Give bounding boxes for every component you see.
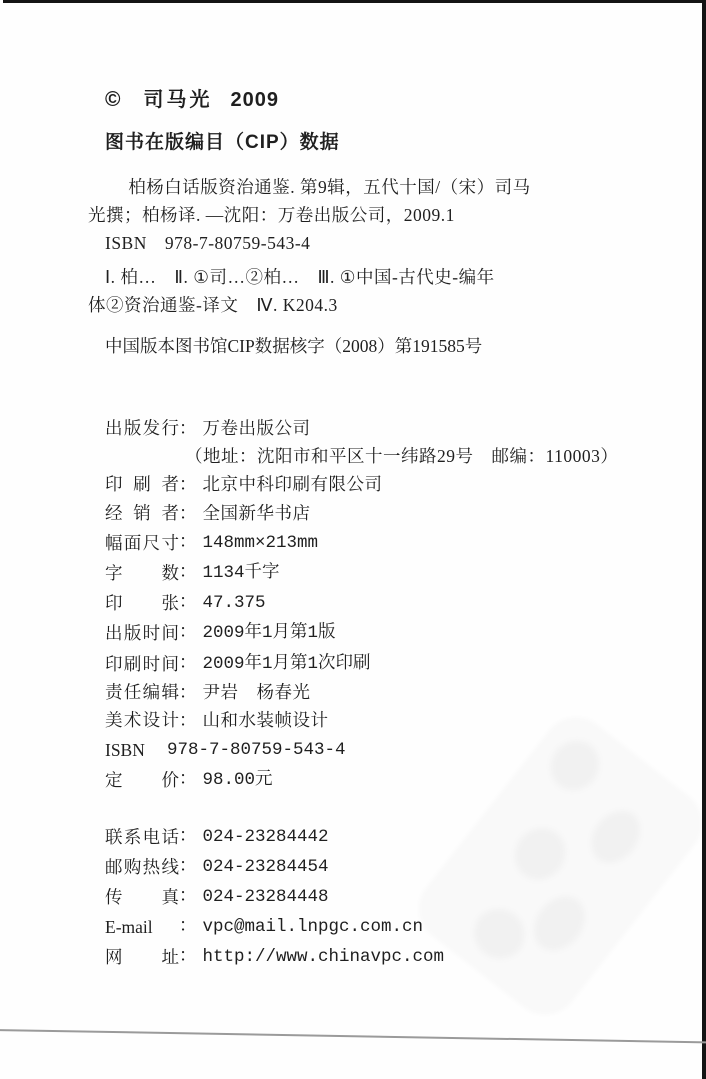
row-value: 北京中科印刷有限公司 [203,474,383,494]
row-value: 2009年1月第1版 [203,623,336,643]
cip-heading: 图书在版编目（CIP）数据 [105,131,625,155]
cip-classification-line1: Ⅰ. 柏… Ⅱ. ①司…②柏… Ⅲ. ①中国-古代史-编年 [105,263,625,291]
contact-row-mail-order: 邮购热线：024-23284454 [105,851,625,881]
publication-row-dimensions: 幅面尺寸：148mm×213mm [105,527,625,557]
copyright-holder: 司马光 [143,89,212,111]
row-value: 尹岩 杨春光 [203,682,311,702]
row-value: 1134千字 [203,563,280,583]
copyright-line: ©司马光2009 [105,88,625,112]
cip-description: 柏杨白话版资治通鉴. 第9辑，五代十国/（宋）司马 光撰；柏杨译. —沈阳：万卷… [105,173,625,319]
row-value: 024-23284448 [203,887,329,907]
cip-description-line2: 光撰；柏杨译. —沈阳：万卷出版公司，2009.1 [88,201,625,229]
publication-row-address: （地址：沈阳市和平区十一纬路29号 邮编：110003） [105,442,625,470]
row-value: （地址：沈阳市和平区十一纬路29号 邮编：110003） [185,446,618,466]
publication-row-edition-date: 出版时间：2009年1月第1版 [105,617,625,647]
contact-row-website: 网址：http://www.chinavpc.com [105,941,625,971]
row-value: vpc@mail.lnpgc.com.cn [203,917,424,937]
page-content: ©司马光2009 图书在版编目（CIP）数据 柏杨白话版资治通鉴. 第9辑，五代… [105,88,625,972]
row-label: 定价 [105,766,179,794]
row-value: 47.375 [203,593,266,613]
row-value: 全国新华书店 [203,503,311,523]
publication-row-publisher: 出版发行：万卷出版公司 [105,414,625,442]
contact-row-email: E-mail：vpc@mail.lnpgc.com.cn [105,911,625,941]
row-label: 经销者 [105,499,179,527]
row-value: 024-23284454 [203,857,329,877]
publication-row-isbn: ISBN978-7-80759-543-4 [105,734,625,764]
copyright-year: 2009 [230,89,279,111]
contact-row-phone: 联系电话：024-23284442 [105,821,625,851]
publication-row-print-date: 印刷时间：2009年1月第1次印刷 [105,648,625,678]
publication-row-distributor: 经销者：全国新华书店 [105,499,625,527]
row-label: 邮购热线 [105,853,179,881]
row-value: 2009年1月第1次印刷 [203,654,371,674]
row-label: 幅面尺寸 [105,529,179,557]
row-label: ISBN [105,736,161,764]
row-label: 美术设计 [105,706,179,734]
publication-row-word-count: 字数：1134千字 [105,557,625,587]
cip-description-line1: 柏杨白话版资治通鉴. 第9辑，五代十国/（宋）司马 [88,173,625,201]
row-value: 978-7-80759-543-4 [167,740,346,760]
cip-classification-line2: 体②资治通鉴-译文 Ⅳ. K204.3 [88,291,625,319]
scan-page-bottom-edge [0,1029,706,1043]
row-value: 148mm×213mm [203,533,319,553]
contact-row-fax: 传真：024-23284448 [105,881,625,911]
row-label: 字数 [105,559,179,587]
scan-edge-right [702,0,706,1079]
publication-row-price: 定价：98.00元 [105,764,625,794]
cip-isbn-line: ISBN 978-7-80759-543-4 [105,229,625,257]
row-value: 024-23284442 [203,827,329,847]
contact-info-block: 联系电话：024-23284442 邮购热线：024-23284454 传真：0… [105,821,625,972]
row-value: 山和水装帧设计 [203,710,329,730]
scanned-copyright-page: ©司马光2009 图书在版编目（CIP）数据 柏杨白话版资治通鉴. 第9辑，五代… [0,0,706,1079]
copyright-icon: © [105,88,121,111]
publication-info-block: 出版发行：万卷出版公司 （地址：沈阳市和平区十一纬路29号 邮编：110003）… [105,414,625,795]
publication-row-art-design: 美术设计：山和水装帧设计 [105,706,625,734]
row-label: 印张 [105,589,179,617]
row-label: 传真 [105,883,179,911]
row-label: 印刷时间 [105,650,179,678]
row-value: http://www.chinavpc.com [203,947,445,967]
row-label: 出版发行 [105,414,179,442]
publication-row-sheets: 印张：47.375 [105,587,625,617]
row-value: 万卷出版公司 [203,418,311,438]
row-value: 98.00元 [203,770,273,790]
publication-row-printer: 印刷者：北京中科印刷有限公司 [105,470,625,498]
row-label: 联系电话 [105,823,179,851]
publication-row-editors: 责任编辑：尹岩 杨春光 [105,678,625,706]
row-label: 网址 [105,943,179,971]
cip-registry-number: 中国版本图书馆CIP数据核字（2008）第191585号 [105,332,625,360]
scan-edge-top [3,0,706,3]
row-label: 责任编辑 [105,678,179,706]
row-label: 印刷者 [105,470,179,498]
row-label: 出版时间 [105,619,179,647]
row-label: E-mail [105,913,179,941]
